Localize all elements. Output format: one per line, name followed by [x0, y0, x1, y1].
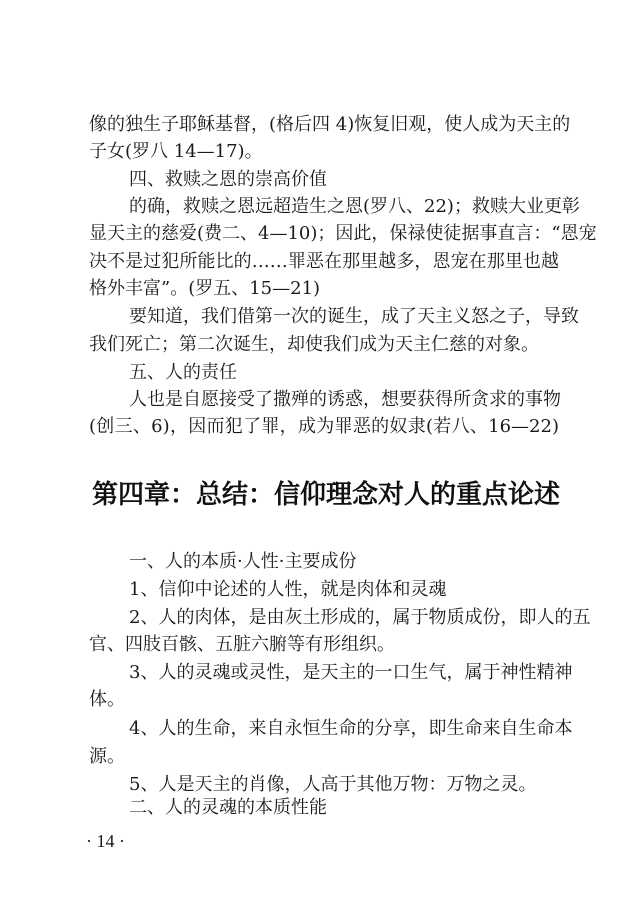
text-line: 体。 [89, 688, 559, 712]
text-line: 像的独生子耶稣基督，(格后四 4)恢复旧观，使人成为天主的 [89, 113, 559, 137]
text-line: 官、四肢百骸、五脏六腑等有形组织。 [89, 633, 559, 657]
text-line: 要知道，我们借第一次的诞生，成了天主义怒之子，导致 [129, 305, 559, 329]
section-heading-2: 二、人的灵魂的本质性能 [129, 796, 559, 820]
text-line: (创三、6)，因而犯了罪，成为罪恶的奴隶(若八、16—22) [89, 415, 559, 439]
text-line: 人也是自愿接受了撒殚的诱惑，想要获得所贪求的事物 [129, 388, 559, 412]
text-line: 2、人的肉体，是由灰土形成的，属于物质成份，即人的五 [129, 606, 559, 630]
chapter-heading: 第四章：总结：信仰理念对人的重点论述 [92, 478, 558, 512]
text-line: 的确，救赎之恩远超造生之恩(罗八、22)；救赎大业更彰 [129, 195, 559, 219]
text-line: 我们死亡；第二次诞生，却使我们成为天主仁慈的对象。 [89, 333, 559, 357]
section-heading-1: 一、人的本质·人性·主要成份 [129, 550, 559, 574]
text-line: 显天主的慈爱(费二、4—10)；因此，保禄使徒据事直言：“恩宠 [89, 222, 559, 246]
page-number: · 14 · [86, 830, 125, 852]
text-line: 源。 [89, 745, 559, 769]
book-page: 像的独生子耶稣基督，(格后四 4)恢复旧观，使人成为天主的 子女(罗八 14—1… [0, 0, 638, 899]
section-heading-4: 四、救赎之恩的崇高价值 [129, 168, 559, 192]
text-line: 1、信仰中论述的人性，就是肉体和灵魂 [129, 578, 559, 602]
text-line: 决不是过犯所能比的……罪恶在那里越多，恩宠在那里也越 [89, 250, 559, 274]
text-line: 3、人的灵魂或灵性，是天主的一口生气，属于神性精神 [129, 661, 559, 685]
text-line: 4、人的生命，来自永恒生命的分享，即生命来自生命本 [129, 717, 559, 741]
section-heading-5: 五、人的责任 [129, 361, 559, 385]
text-line: 子女(罗八 14—17)。 [89, 140, 559, 164]
text-line: 5、人是天主的肖像，人高于其他万物：万物之灵。 [129, 773, 559, 797]
text-line: 格外丰富”。(罗五、15—21) [89, 277, 559, 301]
